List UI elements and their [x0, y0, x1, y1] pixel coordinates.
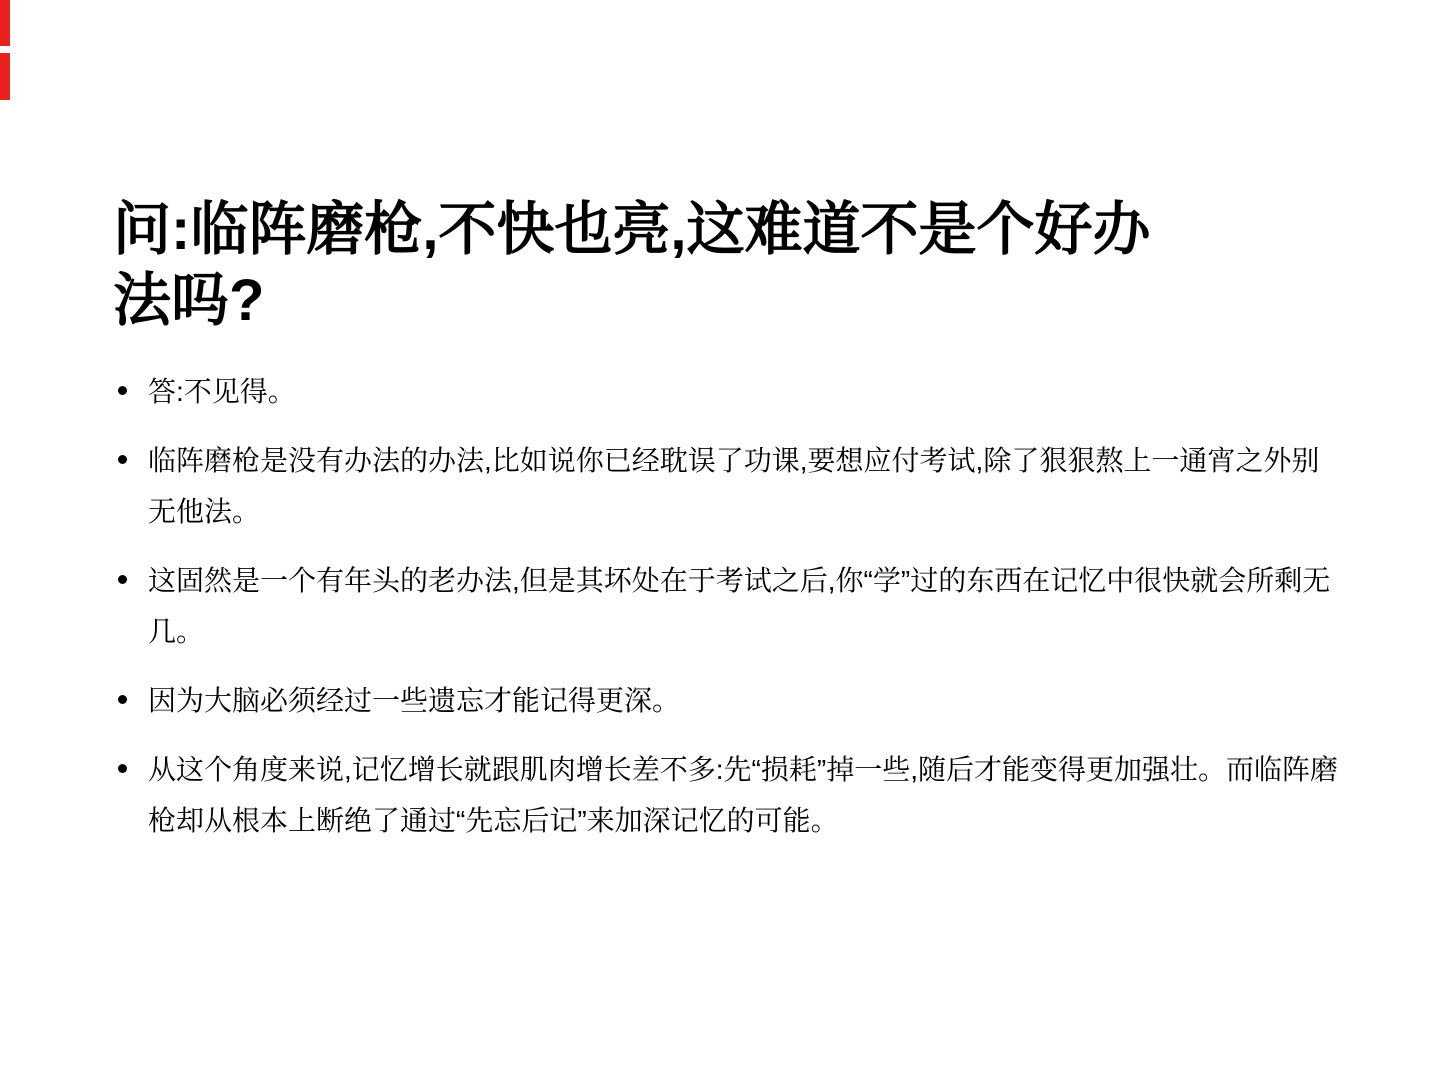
bullet-dot-icon [118, 764, 127, 773]
bullet-dot-icon [118, 386, 127, 395]
bullet-list: 答:不见得。 临阵磨枪是没有办法的办法,比如说你已经耽误了功课,要想应付考试,除… [115, 366, 1343, 864]
bullet-item: 这固然是一个有年头的老办法,但是其坏处在于考试之后,你“学”过的东西在记忆中很快… [115, 555, 1343, 657]
bullet-text: 因为大脑必须经过一些遗忘才能记得更深。 [148, 675, 1343, 726]
slide-title: 问:临阵磨枪,不快也亮,这难道不是个好办 法吗? [113, 194, 1353, 336]
bullet-dot-icon [118, 695, 127, 704]
bullet-text: 临阵磨枪是没有办法的办法,比如说你已经耽误了功课,要想应付考试,除了狠狠熬上一通… [148, 435, 1343, 537]
bullet-item: 因为大脑必须经过一些遗忘才能记得更深。 [115, 675, 1343, 726]
red-edge-marker [0, 0, 10, 100]
bullet-dot-icon [118, 575, 127, 584]
bullet-item: 临阵磨枪是没有办法的办法,比如说你已经耽误了功课,要想应付考试,除了狠狠熬上一通… [115, 435, 1343, 537]
slide-title-line-2: 法吗? [113, 265, 1353, 336]
bullet-text: 这固然是一个有年头的老办法,但是其坏处在于考试之后,你“学”过的东西在记忆中很快… [148, 555, 1343, 657]
red-edge-marker-segment [0, 0, 10, 46]
presentation-slide: 问:临阵磨枪,不快也亮,这难道不是个好办 法吗? 答:不见得。 临阵磨枪是没有办… [0, 0, 1440, 1080]
bullet-item: 从这个角度来说,记忆增长就跟肌肉增长差不多:先“损耗”掉一些,随后才能变得更加强… [115, 744, 1343, 846]
bullet-text: 答:不见得。 [148, 366, 1343, 417]
bullet-text: 从这个角度来说,记忆增长就跟肌肉增长差不多:先“损耗”掉一些,随后才能变得更加强… [148, 744, 1343, 846]
slide-title-line-1: 问:临阵磨枪,不快也亮,这难道不是个好办 [113, 194, 1353, 265]
bullet-dot-icon [118, 455, 127, 464]
bullet-item: 答:不见得。 [115, 366, 1343, 417]
red-edge-marker-segment [0, 53, 10, 100]
